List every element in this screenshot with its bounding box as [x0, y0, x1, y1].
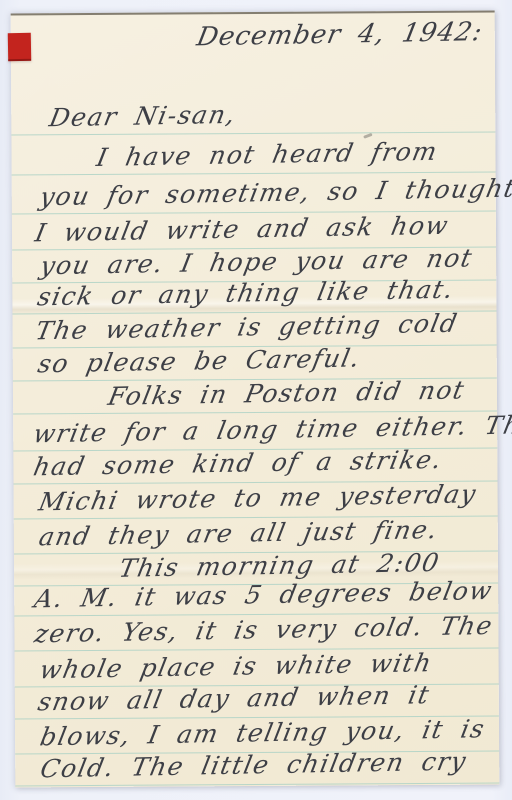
red-sticker: [8, 33, 31, 61]
letter-line: zero. Yes, it is very cold. The: [32, 609, 497, 651]
letter-salutation: Dear Ni-san,: [46, 98, 239, 135]
letter-line: Cold. The little children cry: [37, 745, 470, 787]
letter-line: The weather is getting cold: [33, 307, 461, 349]
letter-page: December 4, 1942: Dear Ni-san, I have no…: [11, 11, 500, 788]
letter-line: you for sometime, so I thought: [37, 172, 512, 215]
letter-scan-background: December 4, 1942: Dear Ni-san, I have no…: [0, 0, 512, 800]
letter-line: snow all day and when it: [35, 678, 433, 719]
letter-line: Folks in Poston did not: [105, 373, 468, 414]
letter-date: December 4, 1942:: [194, 15, 486, 54]
letter-line: I have not heard from: [94, 135, 441, 175]
